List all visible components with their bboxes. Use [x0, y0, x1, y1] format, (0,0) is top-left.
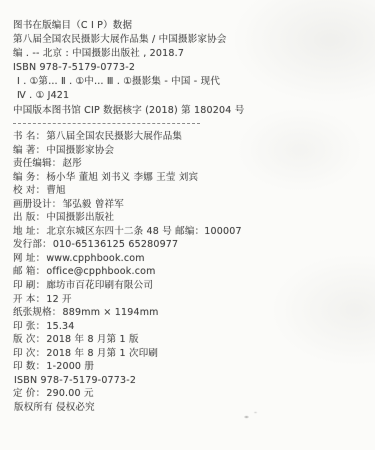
field-label: 印 次：: [13, 348, 45, 359]
colophon-row-editorial-staff: 编 务：杨小华 董旭 刘书义 李娜 王莹 刘宾: [13, 171, 367, 185]
field-label: 编 务：: [13, 172, 45, 183]
cip-classification-line: Ⅰ . ①第… Ⅱ . ①中… Ⅲ . ①摄影集 - 中国 - 现代: [13, 75, 367, 89]
field-label: 开 本：: [13, 294, 45, 305]
field-label: 发行部：: [13, 239, 52, 250]
colophon-row-printing: 印 次：2018 年 8 月第 1 次印刷: [13, 347, 367, 361]
field-label: 编 著：: [13, 145, 45, 156]
colophon-row-address: 地 址：北京东城区东四十二条 48 号 邮编：100007: [13, 225, 367, 239]
field-value: office@cpphbook.com: [46, 266, 155, 277]
cip-class-code-line: Ⅳ . ① J421: [13, 89, 367, 103]
cip-isbn-line: ISBN 978-7-5179-0773-2: [13, 61, 367, 75]
field-value: 第八届全国农民摄影大展作品集: [46, 131, 182, 142]
field-label: 定 价：: [13, 388, 45, 399]
dashed-divider: [13, 123, 200, 124]
field-value: 赵彤: [63, 158, 82, 169]
field-value: 290.00 元: [46, 388, 93, 399]
colophon-row-album-design: 画册设计：邹弘毅 曾祥军: [13, 198, 367, 212]
scan-artifact-speck: [243, 415, 250, 419]
colophon-row-copyright-notice: 版权所有 侵权必究: [13, 401, 367, 415]
field-value: ISBN 978-7-5179-0773-2: [14, 375, 136, 386]
colophon-block: 书 名：第八届全国农民摄影大展作品集 编 著：中国摄影家协会 责任编辑：赵彤 编…: [13, 130, 367, 414]
field-value: 15.34: [46, 321, 74, 332]
field-label: 印 张：: [13, 321, 45, 332]
colophon-row-book-title: 书 名：第八届全国农民摄影大展作品集: [13, 130, 367, 144]
field-label: 邮 箱：: [13, 266, 45, 277]
colophon-row-editor: 编 著：中国摄影家协会: [13, 144, 367, 158]
field-value: 中国摄影出版社: [46, 212, 114, 223]
scanned-copyright-page: 图书在版编目（C I P）数据 第八届全国农民摄影大展作品集 / 中国摄影家协会…: [0, 0, 375, 450]
cip-title-line: 第八届全国农民摄影大展作品集 / 中国摄影家协会: [13, 33, 367, 47]
field-value: 889mm × 1194mm: [63, 307, 159, 318]
cip-data-block: 图书在版编目（C I P）数据 第八届全国农民摄影大展作品集 / 中国摄影家协会…: [13, 19, 367, 118]
colophon-row-website: 网 址：www.cpphbook.com: [13, 252, 367, 266]
colophon-row-price: 定 价：290.00 元: [13, 387, 367, 401]
field-label: 校 对：: [13, 185, 45, 196]
field-label: 印 数：: [13, 361, 45, 372]
field-label: 地 址：: [13, 226, 45, 237]
field-value: 版权所有 侵权必究: [14, 402, 95, 413]
field-label: 书 名：: [13, 131, 45, 142]
colophon-row-paper-size: 纸张规格：889mm × 1194mm: [13, 306, 367, 320]
field-value: www.cpphbook.com: [46, 253, 144, 264]
field-value: 廊坊市百花印刷有限公司: [46, 280, 153, 291]
field-value: 2018 年 8 月第 1 版: [46, 334, 138, 345]
field-label: 网 址：: [13, 253, 45, 264]
colophon-row-publisher: 出 版：中国摄影出版社: [13, 211, 367, 225]
colophon-row-email: 邮 箱：office@cpphbook.com: [13, 265, 367, 279]
field-value: 010-65136125 65280977: [53, 239, 179, 250]
field-value: 北京东城区东四十二条 48 号 邮编：100007: [46, 226, 241, 237]
colophon-row-printed-sheets: 印 张：15.34: [13, 320, 367, 334]
field-label: 版 次：: [13, 334, 45, 345]
colophon-row-responsible-editor: 责任编辑：赵彤: [13, 157, 367, 171]
field-value: 中国摄影家协会: [46, 145, 114, 156]
field-value: 曹旭: [46, 185, 65, 196]
scan-artifact-smudge: [253, 411, 258, 414]
field-value: 1-2000 册: [46, 361, 94, 372]
field-label: 责任编辑：: [13, 158, 62, 169]
field-value: 12 开: [46, 294, 71, 305]
field-value: 邹弘毅 曾祥军: [63, 199, 124, 210]
colophon-row-distribution-phone: 发行部：010-65136125 65280977: [13, 238, 367, 252]
cip-publisher-line: 编 . -- 北京 : 中国摄影出版社 , 2018.7: [13, 47, 367, 61]
colophon-row-edition: 版 次：2018 年 8 月第 1 版: [13, 333, 367, 347]
colophon-row-proofreader: 校 对：曹旭: [13, 184, 367, 198]
field-value: 杨小华 董旭 刘书义 李娜 王莹 刘宾: [46, 172, 198, 183]
field-label: 印 刷：: [13, 280, 45, 291]
cip-record-number-line: 中国版本图书馆 CIP 数据核字 (2018) 第 180204 号: [13, 104, 367, 118]
colophon-row-printer: 印 刷：廊坊市百花印刷有限公司: [13, 279, 367, 293]
field-value: 2018 年 8 月第 1 次印刷: [46, 348, 158, 359]
field-label: 出 版：: [13, 212, 45, 223]
field-label: 画册设计：: [13, 199, 62, 210]
cip-heading: 图书在版编目（C I P）数据: [13, 19, 367, 33]
field-label: 纸张规格：: [13, 307, 62, 318]
colophon-row-format: 开 本：12 开: [13, 293, 367, 307]
colophon-row-isbn: ISBN 978-7-5179-0773-2: [13, 374, 367, 388]
colophon-row-print-run: 印 数：1-2000 册: [13, 360, 367, 374]
